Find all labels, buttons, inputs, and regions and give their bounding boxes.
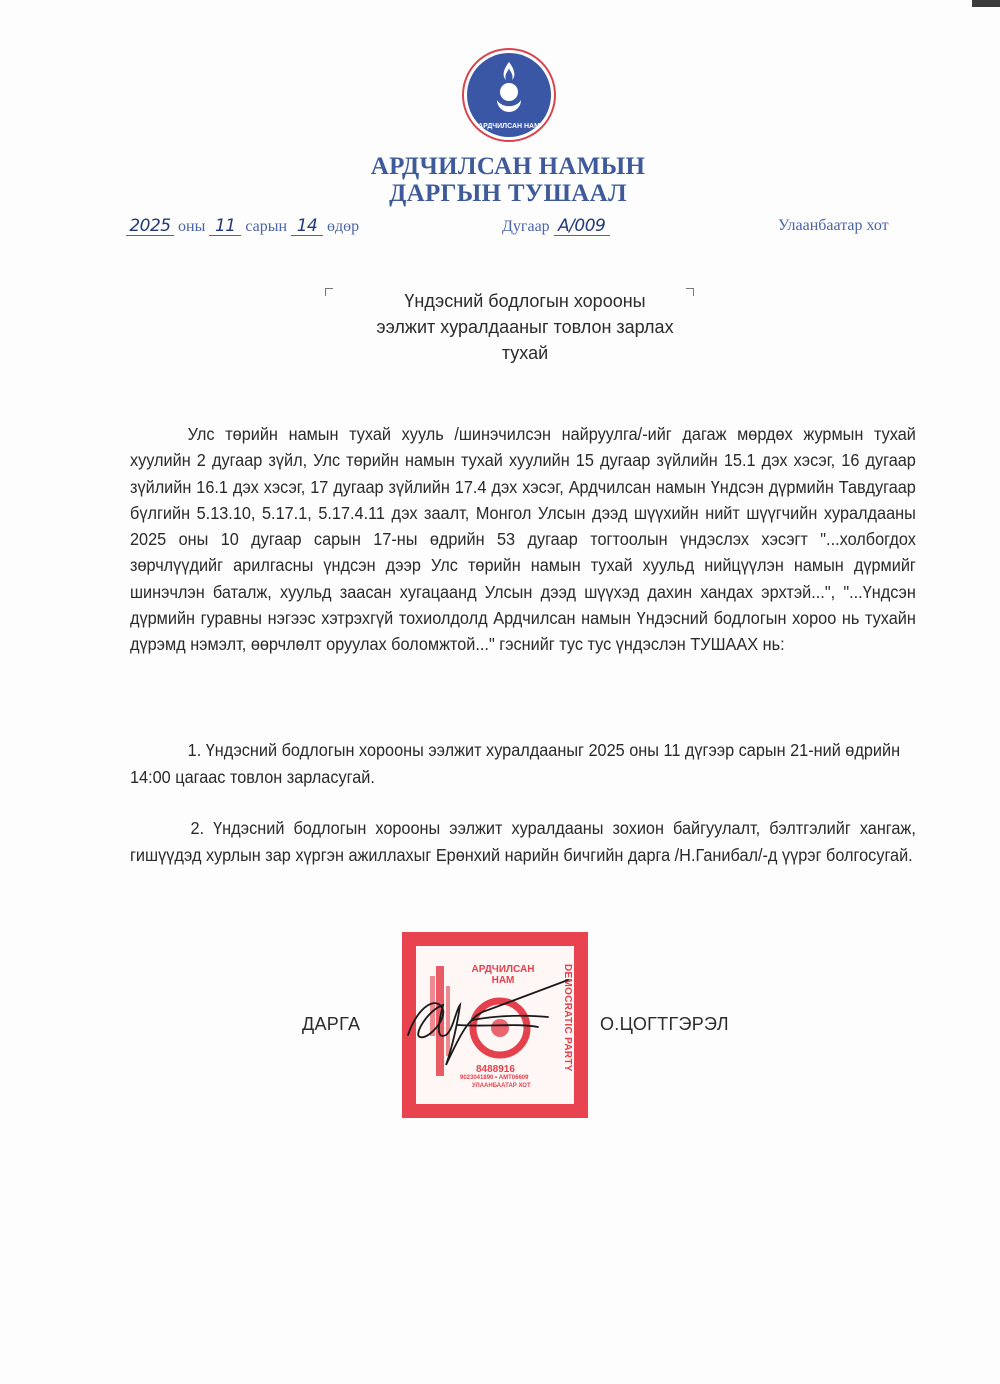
day-value: 14 — [291, 217, 323, 236]
number-value: A/009 — [554, 217, 610, 236]
number-label: Дугаар — [502, 218, 550, 235]
number-field: Дугаар A/009 — [502, 217, 610, 236]
stamp-city: УЛААНБААТАР ХОТ — [472, 1083, 531, 1089]
year-value: 2025 — [126, 217, 174, 236]
signatory-name: О.ЦОГТГЭРЭЛ — [600, 1014, 729, 1035]
signatory-position: ДАРГА — [302, 1014, 360, 1035]
stamp-registration: 9023041890 • АМТ06609 — [460, 1075, 528, 1081]
document-title: АРДЧИЛСАН НАМЫН ДАРГЫН ТУШААЛ — [0, 153, 1000, 207]
title-line-1: АРДЧИЛСАН НАМЫН — [0, 153, 1000, 180]
month-value: 11 — [209, 217, 241, 236]
order-item-2-text: 2. Үндэсний бодлогын хорооны ээлжит хура… — [130, 815, 916, 869]
subject-line-1: Үндэсний бодлогын хорооны — [330, 288, 720, 314]
order-item-2: 2. Үндэсний бодлогын хорооны ээлжит хура… — [130, 815, 916, 869]
party-emblem-icon: АРДЧИЛСАН НАМ — [462, 48, 556, 142]
year-label: оны — [178, 218, 205, 235]
city-label: Улаанбаатар хот — [778, 217, 889, 235]
month-label: сарын — [245, 218, 287, 235]
subject-line-2: ээлжит хуралдааныг товлон зарлах — [330, 314, 720, 340]
subject-line-3: тухай — [330, 340, 720, 366]
svg-text:АРДЧИЛСАН НАМ: АРДЧИЛСАН НАМ — [478, 123, 540, 130]
subject-heading: Үндэсний бодлогын хорооны ээлжит хуралда… — [330, 288, 720, 366]
document-meta-row: 2025 оны 11 сарын 14 өдөр Дугаар A/009 У… — [0, 213, 1000, 243]
scan-corner-mark — [972, 0, 1000, 7]
day-label: өдөр — [327, 218, 359, 235]
preamble-paragraph: Улс төрийн намын тухай хууль /шинэчилсэн… — [130, 421, 916, 658]
order-item-1-text: 1. Үндэсний бодлогын хорооны ээлжит хура… — [130, 737, 916, 790]
title-line-2: ДАРГЫН ТУШААЛ — [0, 180, 1000, 207]
order-item-1: 1. Үндэсний бодлогын хорооны ээлжит хура… — [130, 737, 916, 790]
preamble-text: Улс төрийн намын тухай хууль /шинэчилсэн… — [130, 421, 916, 658]
date-field: 2025 оны 11 сарын 14 өдөр — [126, 217, 359, 236]
signature-icon — [398, 965, 578, 1075]
